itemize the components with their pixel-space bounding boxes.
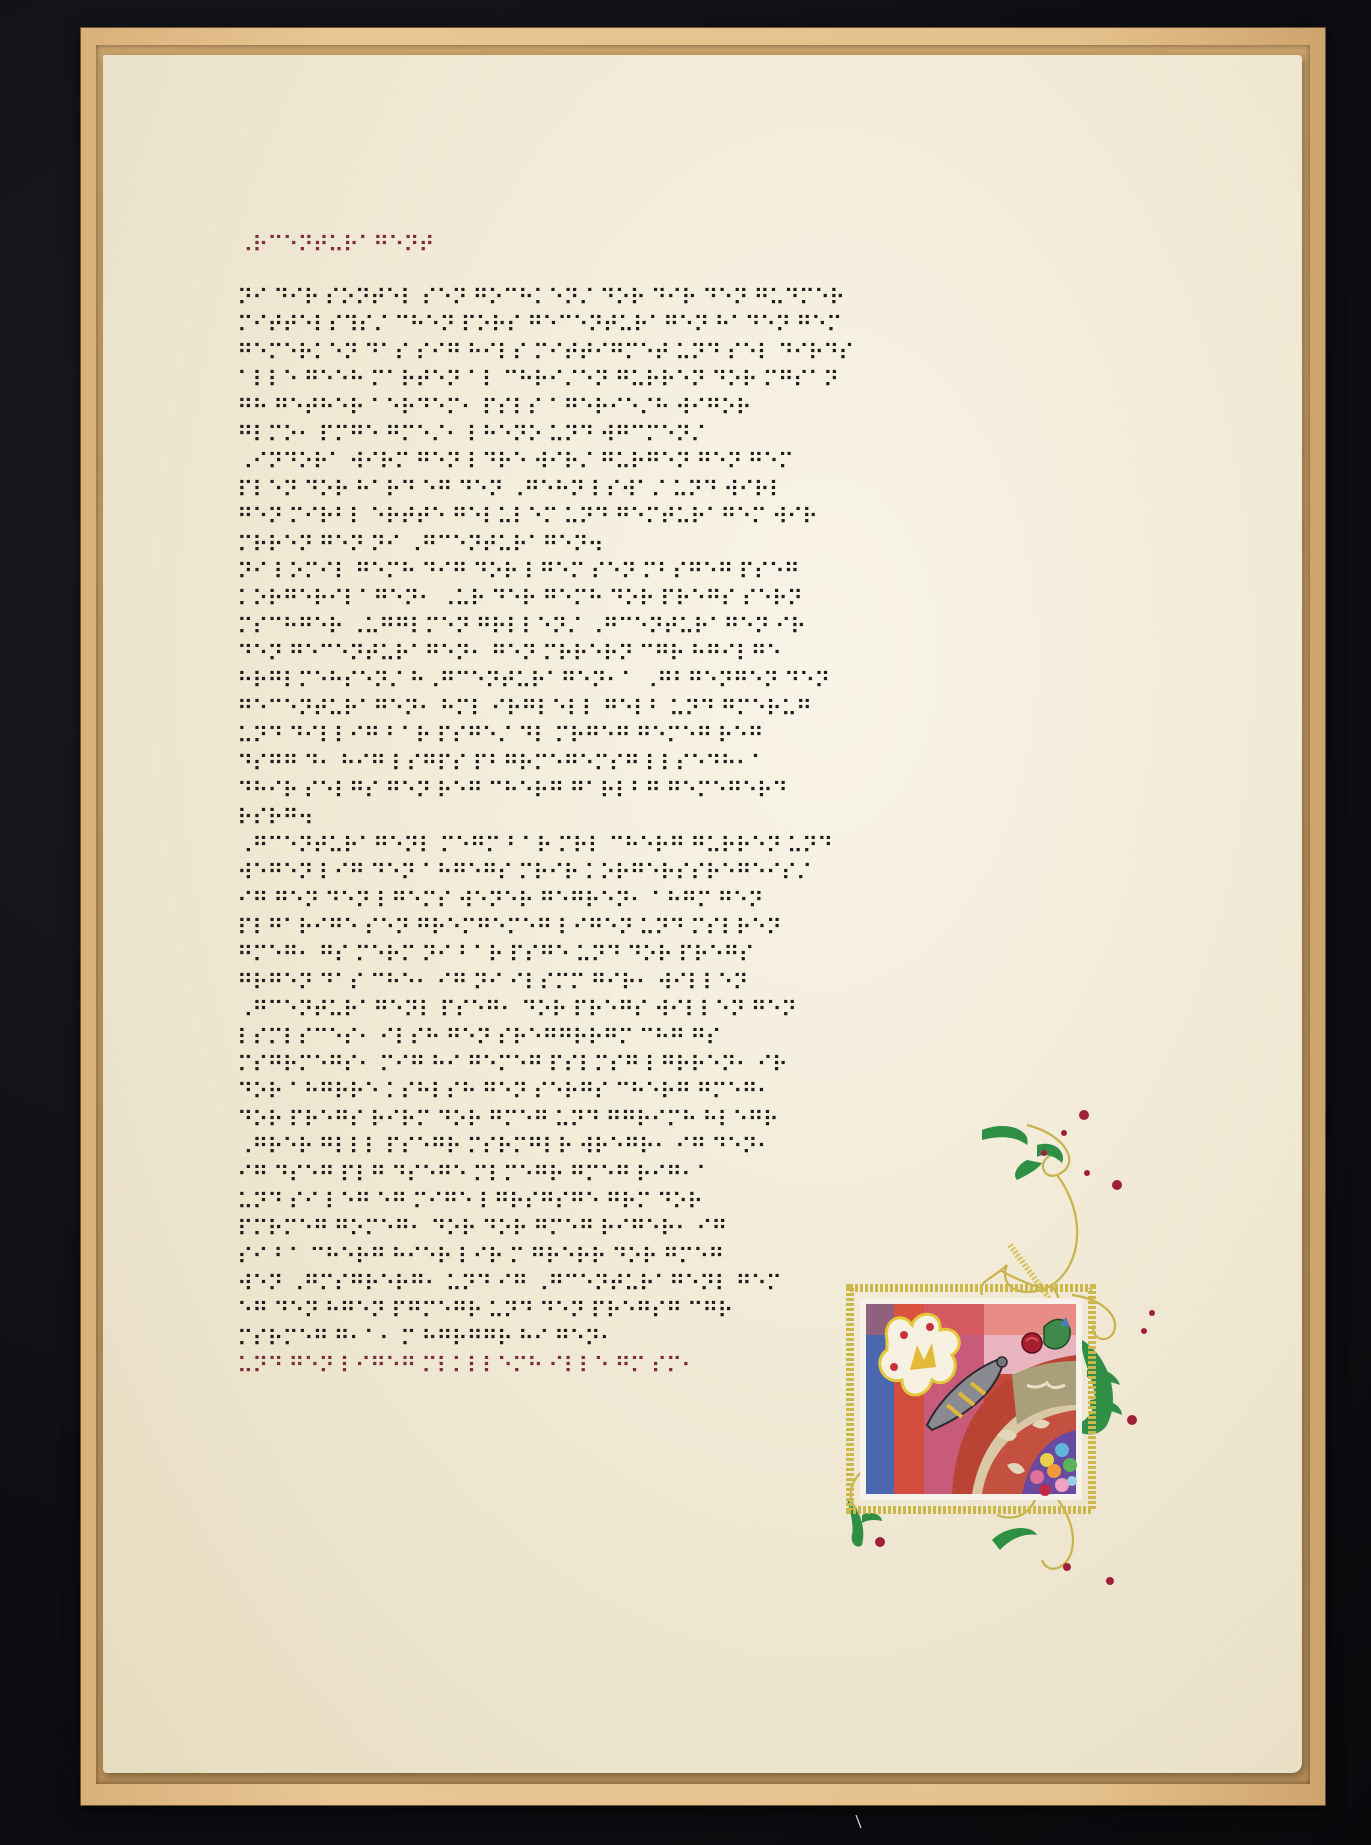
braille-line: ⠛⠇⠍⠕⠂ ⠏⠍⠛⠑ ⠛⠍⠑⠌⠂ ⠇⠓⠑⠝⠕ ⠥⠝⠙ ⠺⠛⠉⠍⠑⠝⠌	[237, 422, 1037, 449]
braille-line: ⠊⠛ ⠛⠑⠝ ⠙⠑⠝ ⠇⠛⠑⠍⠎ ⠺⠑⠝⠑⠗ ⠛⠑⠛⠗⠑⠝⠂ ⠁⠓⠛⠍ ⠛⠑⠝	[237, 888, 1037, 915]
braille-line: ⠠⠛⠉⠑⠝⠞⠥⠗⠁⠛⠑⠝⠇ ⠍⠑⠛⠍ ⠃⠁⠗ ⠍⠗⠇ ⠉⠓⠑⠗⠛ ⠛⠥⠗⠗⠑⠝ …	[237, 833, 1037, 860]
braille-line: ⠝⠊ ⠇⠕⠍⠊⠇ ⠛⠑⠍⠓ ⠙⠊⠛ ⠙⠕⠗ ⠇⠛⠑⠍ ⠎⠑⠝ ⠍⠃⠎⠛⠑⠛ ⠏⠎…	[237, 559, 1037, 586]
braille-line: ⠙⠓⠊⠗ ⠎⠑⠇⠛⠎ ⠛⠑⠝ ⠗⠑⠛ ⠉⠓⠑⠗⠛ ⠛⠁⠗⠇⠃⠛ ⠛⠑⠍⠑⠛⠑⠗⠙	[237, 778, 1037, 805]
braille-line: ⠛⠓ ⠛⠑⠞⠓⠑⠗ ⠁⠑⠗⠙⠑⠍⠂ ⠏⠎⠇⠎ ⠁⠛⠑⠗⠊⠑⠌⠓ ⠺⠊⠛⠕⠗	[237, 395, 1037, 422]
light-glint-icon	[855, 1815, 863, 1829]
braille-line: ⠍⠗⠗⠑⠝ ⠛⠑⠝ ⠝⠊ ⠠⠛⠉⠑⠝⠞⠥⠗⠁⠛⠑⠝⠲	[237, 532, 1037, 559]
braille-line: ⠍⠎⠛⠗⠍⠑⠛⠎⠂ ⠍⠊⠛ ⠓⠊ ⠛⠑⠍⠑⠛ ⠏⠎⠇⠍⠎⠛ ⠇⠛⠗⠗⠑⠝⠂ ⠊⠗	[237, 1052, 1037, 1079]
braille-line: ⠙⠑⠝ ⠛⠑⠉⠑⠝⠞⠥⠗⠁⠛⠑⠝⠂ ⠛⠑⠝ ⠍⠗⠗⠑⠗⠝ ⠉⠛⠗ ⠓⠛⠊⠇⠛⠑	[237, 641, 1037, 668]
gold-braid-icon	[1010, 1245, 1054, 1305]
braille-line: ⠇⠎⠍⠇⠎⠉⠑⠎⠂ ⠊⠇⠎⠓ ⠛⠑⠝ ⠎⠗⠑⠛⠛⠗⠗⠛⠍ ⠉⠓⠛ ⠛⠎	[237, 1025, 1037, 1052]
braille-line: ⠥⠝⠙ ⠙⠊⠇⠇⠊⠛ ⠃⠁⠗ ⠏⠎⠛⠑⠌ ⠙⠇ ⠍⠗⠛⠑⠛ ⠛⠑⠍⠑⠛ ⠗⠑⠛	[237, 723, 1037, 750]
braille-line: ⠅⠕⠗⠛⠑⠗⠊⠇⠁⠛⠑⠝⠂ ⠠⠥⠗ ⠙⠑⠗ ⠛⠑⠍⠓ ⠙⠕⠗ ⠏⠗⠑⠛⠎ ⠎⠑⠗…	[237, 586, 1037, 613]
braille-line: ⠛⠍⠑⠛⠂ ⠛⠎ ⠍⠑⠗⠍ ⠝⠊ ⠃⠁⠗ ⠏⠎⠛⠑ ⠥⠝⠙ ⠙⠕⠗ ⠏⠗⠑⠛⠎	[237, 942, 1037, 969]
braille-line: ⠗⠎⠗⠛⠲	[237, 805, 1037, 832]
braille-line: ⠛⠑⠍⠑⠗⠅⠑⠝ ⠙⠁⠎ ⠎⠊⠛ ⠓⠊⠇⠎ ⠍⠊⠞⠞⠊⠛⠍⠑⠞ ⠥⠝⠙ ⠎⠑⠇ …	[237, 340, 1037, 367]
braille-line: ⠏⠇⠛⠁⠗⠊⠛⠑ ⠎⠑⠝ ⠛⠗⠑⠍⠛⠑⠍⠑⠛ ⠇⠊⠛⠑⠝ ⠥⠝⠙ ⠍⠎⠇⠗⠑⠝	[237, 915, 1037, 942]
braille-line: ⠛⠗⠛⠑⠝ ⠙⠁⠎ ⠉⠓⠑⠂ ⠊⠛ ⠝⠊ ⠊⠇⠎⠍⠍ ⠛⠊⠗⠂ ⠺⠊⠇⠇⠑⠝	[237, 970, 1037, 997]
braille-title: ⠠⠗⠉⠑⠝⠞⠥⠗⠁⠛⠑⠝⠞	[237, 235, 433, 257]
braille-line: ⠏⠇⠑⠝ ⠙⠕⠗ ⠓⠁⠗⠙ ⠑⠛ ⠙⠑⠝ ⠠⠛⠑⠓⠝ ⠇⠎⠺⠁⠌ ⠥⠝⠙ ⠺⠊⠗…	[237, 477, 1037, 504]
braille-line: ⠠⠛⠉⠑⠝⠞⠥⠗⠁⠛⠑⠝⠇ ⠏⠎⠑⠛⠂ ⠙⠕⠗ ⠏⠗⠑⠛⠎ ⠺⠊⠇⠇⠑⠝ ⠛⠑⠝	[237, 997, 1037, 1024]
braille-line: ⠍⠊⠞⠞⠑⠇⠎⠹⠎⠌ ⠉⠓⠑⠝ ⠏⠕⠗⠎ ⠛⠑⠉⠑⠝⠞⠥⠗⠁⠛⠑⠝ ⠓⠁⠙⠑⠝ …	[237, 312, 1037, 339]
braille-line: ⠛⠑⠝ ⠍⠊⠗⠃⠇ ⠑⠗⠞⠞⠑ ⠛⠑⠇⠥⠇⠑⠍ ⠥⠝⠙ ⠛⠑⠍⠞⠥⠗⠁⠛⠑⠍ ⠺…	[237, 504, 1037, 531]
braille-line: ⠠⠊⠝⠙⠕⠗⠁ ⠺⠊⠗⠍ ⠛⠑⠝ ⠇⠙⠗⠑ ⠺⠊⠗⠌ ⠛⠥⠗⠛⠑⠝ ⠛⠑⠝ ⠛⠑…	[237, 449, 1037, 476]
embroidered-panel-icon	[866, 1304, 1077, 1496]
braille-line: ⠛⠑⠉⠑⠝⠞⠥⠗⠁⠛⠑⠝⠂ ⠓⠍⠇ ⠊⠗⠛⠇⠑⠇⠇ ⠛⠑⠇⠃ ⠥⠝⠙ ⠛⠍⠑⠗⠥…	[237, 696, 1037, 723]
braille-line: ⠁⠇⠇⠑ ⠛⠑⠑⠓ ⠍⠁⠗⠞⠑⠝ ⠁⠇ ⠉⠓⠗⠊⠌⠑⠝ ⠛⠥⠗⠗⠑⠝ ⠙⠕⠗ ⠍…	[237, 367, 1037, 394]
braille-line: ⠙⠕⠗ ⠁⠓⠛⠗⠗⠑ ⠅⠎⠓⠇⠎⠓ ⠛⠑⠝ ⠎⠑⠗⠛⠎ ⠉⠓⠑⠗⠛ ⠛⠍⠑⠛⠂	[237, 1079, 1037, 1106]
braille-line: ⠍⠎⠉⠓⠛⠑⠗ ⠠⠥⠛⠛⠇⠍⠑⠝ ⠛⠗⠇⠇⠑⠝⠌ ⠠⠛⠉⠑⠝⠞⠥⠗⠁⠛⠑⠝ ⠊⠗	[237, 614, 1037, 641]
braille-line: ⠙⠎⠛⠛ ⠙⠂ ⠓⠊⠛ ⠇⠎⠛⠏⠎ ⠏⠃⠛⠗⠍⠑⠛⠑⠍⠎⠛ ⠇⠇⠎⠑⠙⠓⠂⠁	[237, 751, 1037, 778]
braille-line: ⠺⠑⠛⠑⠝ ⠇⠊⠛ ⠙⠑⠝ ⠁⠓⠛⠑⠛⠎ ⠍⠗⠊⠗ ⠅⠕⠗⠛⠑⠗⠎⠎⠗⠑⠛⠑⠊⠎…	[237, 860, 1037, 887]
braille-line: ⠓⠗⠛⠇⠍⠑⠓⠎⠑⠝⠌ ⠓⠠⠛⠉⠑⠝⠞⠥⠗⠁⠛⠑⠝⠂⠁ ⠠⠛⠃⠛⠑⠝⠛⠑⠝ ⠙⠑…	[237, 668, 1037, 695]
braille-line: ⠝⠊ ⠙⠊⠗ ⠎⠕⠝⠞⠑⠇ ⠎⠑⠝ ⠛⠕⠉⠓⠅⠑⠝⠌ ⠙⠕⠗ ⠙⠊⠗ ⠙⠑⠝ ⠛…	[237, 285, 1037, 312]
illuminated-embroidery	[832, 1105, 1182, 1605]
